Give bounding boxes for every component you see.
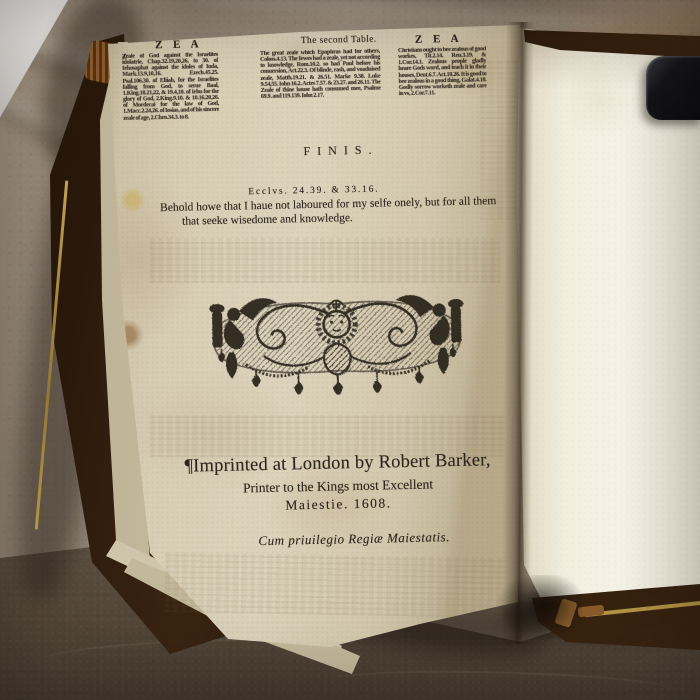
running-head-right: Z E A xyxy=(407,33,471,46)
colophon-privilege-line: Cum priuilegio Regiæ Maiestatis. xyxy=(189,528,519,551)
left-page-printed-content: Z E A The second Table. Z E A Z Zeale of… xyxy=(88,16,533,665)
running-head-left: Z E A xyxy=(147,38,211,51)
gutter-bottom-shadow xyxy=(492,575,582,645)
column-text: The great zeale which Epaphras had for o… xyxy=(260,48,381,100)
column-text: Zeale of God against the Israelites idol… xyxy=(122,52,219,122)
text-column-2: The great zeale which Epaphras had for o… xyxy=(260,48,382,144)
black-clip-object xyxy=(646,56,700,120)
finis-label: FINIS. xyxy=(241,141,441,160)
column-text: Christians ought to bee zealous of good … xyxy=(398,46,487,97)
gutter-shadow xyxy=(502,22,534,644)
photo-of-open-antique-book: Z E A The second Table. Z E A Z Zeale of… xyxy=(0,0,700,700)
text-column-3: Christians ought to bee zealous of good … xyxy=(398,46,488,142)
woodcut-tailpiece-ornament xyxy=(200,281,475,417)
text-column-1: Z Zeale of God against the Israelites id… xyxy=(122,52,220,148)
running-head-center: The second Table. xyxy=(257,34,421,47)
